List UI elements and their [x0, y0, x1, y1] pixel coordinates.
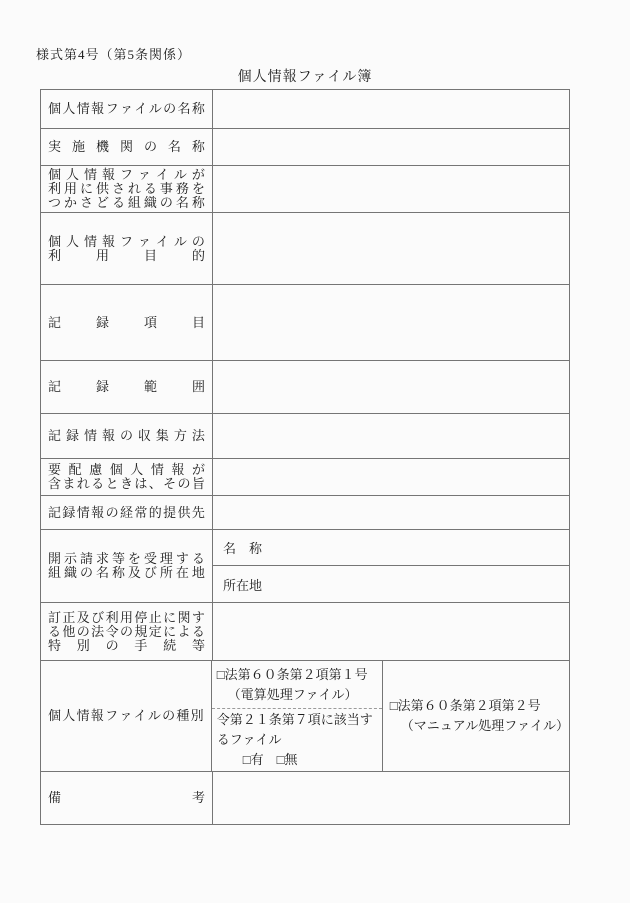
ordinance-file-cell: 令第２１条第７項に該当す るファイル □有 □無 — [212, 709, 382, 771]
row-value-cell — [213, 166, 569, 212]
personal-info-file-register-table: 個人情報ファイルの名称 実施機関の名称 個人情報ファイルが 利用に供される事務を… — [40, 89, 570, 825]
row-value-cell — [213, 496, 569, 529]
file-type-manual-cell: □法第６０条第２項第２号 （マニュアル処理ファイル） — [383, 661, 569, 771]
checkbox-law60-2-2-line[interactable]: □法第６０条第２項第２号 — [390, 696, 569, 716]
form-number: 様式第4号（第5条関係） — [36, 47, 630, 63]
row-label-line: 要配慮個人情報が — [48, 463, 205, 477]
table-row-usage-purpose: 個人情報ファイルの 利用目的 — [41, 212, 569, 284]
file-type-left-column: □法第６０条第２項第１号 （電算処理ファイル） 令第２１条第７項に該当す るファ… — [212, 661, 383, 771]
checkbox-yes-no-line[interactable]: □有 □無 — [217, 750, 382, 770]
row-value-cell: 名 称 所在地 — [213, 530, 569, 602]
table-row-agency-name: 実施機関の名称 — [41, 128, 569, 165]
row-value-cell — [213, 90, 569, 128]
ordinance-line-1: 令第２１条第７項に該当す — [217, 710, 382, 730]
row-value-cell — [213, 361, 569, 413]
table-row-routine-recipients: 記録情報の経常的提供先 — [41, 495, 569, 529]
row-value-cell: □法第６０条第２項第１号 （電算処理ファイル） 令第２１条第７項に該当す るファ… — [212, 661, 569, 771]
table-row-collection-method: 記録情報の収集方法 — [41, 413, 569, 458]
table-row-remarks: 備考 — [41, 771, 569, 824]
receiving-org-name-cell: 名 称 — [213, 530, 569, 566]
org-address-label: 所在地 — [223, 575, 262, 594]
row-value-cell — [213, 459, 569, 495]
row-label-line: 含まれるときは、その旨 — [48, 477, 205, 491]
row-label-line: 備考 — [48, 791, 205, 805]
org-name-label: 名 称 — [223, 538, 262, 557]
row-label-line: 個人情報ファイルの種別 — [48, 709, 204, 723]
row-label-cell: 個人情報ファイルの種別 — [41, 661, 212, 771]
row-value-cell — [213, 285, 569, 360]
row-label-line: 個人情報ファイルの名称 — [48, 102, 205, 116]
table-row-disclosure-org: 開示請求等を受理する 組織の名称及び所在地 名 称 所在地 — [41, 529, 569, 602]
row-label-line: 個人情報ファイルが — [48, 168, 205, 182]
table-row-file-type: 個人情報ファイルの種別 □法第６０条第２項第１号 （電算処理ファイル） 令第２１… — [41, 660, 569, 771]
checkbox-law60-2-1-line[interactable]: □法第６０条第２項第１号 — [217, 665, 382, 685]
row-label-cell: 記録情報の経常的提供先 — [41, 496, 213, 529]
row-value-cell — [213, 129, 569, 165]
row-label-cell: 個人情報ファイルの 利用目的 — [41, 213, 213, 284]
table-row-record-scope: 記録範囲 — [41, 360, 569, 413]
row-value-cell — [213, 603, 569, 660]
table-row-record-items: 記録項目 — [41, 284, 569, 360]
row-label-cell: 備考 — [41, 772, 213, 824]
row-label-line: つかさどる組織の名称 — [48, 196, 205, 210]
electronic-file-caption: （電算処理ファイル） — [217, 685, 382, 705]
row-label-line: 記録項目 — [48, 316, 205, 330]
row-label-line: 組織の名称及び所在地 — [48, 566, 205, 580]
row-label-cell: 個人情報ファイルが 利用に供される事務を つかさどる組織の名称 — [41, 166, 213, 212]
row-label-line: 個人情報ファイルの — [48, 235, 205, 249]
document-page: 様式第4号（第5条関係） 個人情報ファイル簿 個人情報ファイルの名称 実施機関の… — [0, 0, 630, 903]
row-label-cell: 開示請求等を受理する 組織の名称及び所在地 — [41, 530, 213, 602]
row-value-cell — [213, 772, 569, 824]
table-row-sensitive-info: 要配慮個人情報が 含まれるときは、その旨 — [41, 458, 569, 495]
row-label-cell: 個人情報ファイルの名称 — [41, 90, 213, 128]
row-value-cell — [213, 213, 569, 284]
ordinance-line-2: るファイル — [217, 730, 382, 750]
table-row-responsible-org: 個人情報ファイルが 利用に供される事務を つかさどる組織の名称 — [41, 165, 569, 212]
row-label-line: る他の法令の規定による — [48, 625, 205, 639]
row-label-line: 利用目的 — [48, 249, 205, 263]
page-title: 個人情報ファイル簿 — [40, 69, 570, 86]
row-value-cell — [213, 414, 569, 458]
row-label-cell: 要配慮個人情報が 含まれるときは、その旨 — [41, 459, 213, 495]
table-row-file-name: 個人情報ファイルの名称 — [41, 90, 569, 128]
row-label-line: 利用に供される事務を — [48, 182, 205, 196]
row-label-line: 記録情報の収集方法 — [48, 429, 205, 443]
row-label-line: 特別の手続等 — [48, 639, 205, 653]
file-type-electronic-cell: □法第６０条第２項第１号 （電算処理ファイル） — [212, 661, 382, 709]
receiving-org-address-cell: 所在地 — [213, 566, 569, 602]
row-label-cell: 記録情報の収集方法 — [41, 414, 213, 458]
row-label-line: 訂正及び利用停止に関す — [48, 611, 205, 625]
row-label-line: 開示請求等を受理する — [48, 552, 205, 566]
row-label-line: 記録情報の経常的提供先 — [48, 506, 205, 520]
row-label-line: 記録範囲 — [48, 380, 205, 394]
table-row-special-procedures: 訂正及び利用停止に関す る他の法令の規定による 特別の手続等 — [41, 602, 569, 660]
row-label-cell: 訂正及び利用停止に関す る他の法令の規定による 特別の手続等 — [41, 603, 213, 660]
manual-file-caption: （マニュアル処理ファイル） — [390, 716, 569, 736]
row-label-line: 実施機関の名称 — [48, 140, 205, 154]
row-label-cell: 実施機関の名称 — [41, 129, 213, 165]
row-label-cell: 記録項目 — [41, 285, 213, 360]
row-label-cell: 記録範囲 — [41, 361, 213, 413]
